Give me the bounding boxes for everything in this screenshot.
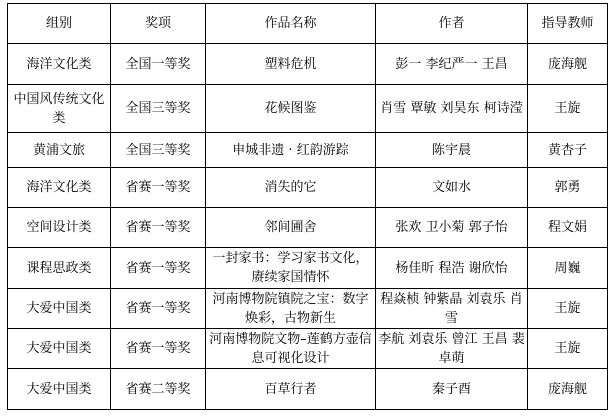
cell-group: 大爱中国类: [8, 369, 111, 410]
cell-group: 中国风传统文化类: [8, 85, 111, 133]
cell-award: 省赛一等奖: [111, 289, 206, 329]
cell-award: 省赛二等奖: [111, 369, 206, 410]
header-authors: 作者: [376, 4, 528, 44]
cell-award: 全国三等奖: [111, 133, 206, 168]
table-row: 空间设计类 省赛一等奖 邻间圃舍 张欢 卫小菊 郭子怡 程文娟: [8, 208, 608, 248]
header-work-name: 作品名称: [206, 4, 376, 44]
cell-advisor: 黄杏子: [528, 133, 608, 168]
cell-group: 海洋文化类: [8, 168, 111, 208]
table-row: 课程思政类 省赛一等奖 一封家书：学习家书文化，赓续家国情怀 杨佳昕 程浩 谢欣…: [8, 248, 608, 289]
cell-advisor: 王旋: [528, 329, 608, 369]
awards-table-container: 组别 奖项 作品名称 作者 指导教师 海洋文化类 全国一等奖 塑料危机 彭一 李…: [7, 3, 608, 410]
cell-work: 一封家书：学习家书文化，赓续家国情怀: [206, 248, 376, 289]
header-advisor: 指导教师: [528, 4, 608, 44]
cell-authors: 文如水: [376, 168, 528, 208]
cell-work: 花候图鉴: [206, 85, 376, 133]
cell-work: 塑料危机: [206, 44, 376, 85]
cell-award: 省赛一等奖: [111, 208, 206, 248]
cell-award: 省赛一等奖: [111, 248, 206, 289]
cell-award: 省赛一等奖: [111, 329, 206, 369]
cell-group: 黄浦文旅: [8, 133, 111, 168]
cell-work: 申城非遗 · 红韵游踪: [206, 133, 376, 168]
cell-advisor: 周巍: [528, 248, 608, 289]
table-row: 中国风传统文化类 全国三等奖 花候图鉴 肖雪 覃敏 刘昊东 柯诗滢 王旋: [8, 85, 608, 133]
cell-advisor: 王旋: [528, 289, 608, 329]
cell-award: 全国一等奖: [111, 44, 206, 85]
cell-work: 邻间圃舍: [206, 208, 376, 248]
table-row: 大爱中国类 省赛一等奖 河南博物院镇院之宝：数字焕彩，古物新生 程焱桢 钟紫晶 …: [8, 289, 608, 329]
cell-advisor: 程文娟: [528, 208, 608, 248]
cell-authors: 程焱桢 钟紫晶 刘袁乐 肖雪: [376, 289, 528, 329]
cell-authors: 杨佳昕 程浩 谢欣怡: [376, 248, 528, 289]
table-row: 海洋文化类 省赛一等奖 消失的它 文如水 郭勇: [8, 168, 608, 208]
header-group: 组别: [8, 4, 111, 44]
cell-group: 大爱中国类: [8, 289, 111, 329]
cell-award: 省赛一等奖: [111, 168, 206, 208]
cell-advisor: 庞海舰: [528, 369, 608, 410]
cell-authors: 陈宇晨: [376, 133, 528, 168]
cell-authors: 肖雪 覃敏 刘昊东 柯诗滢: [376, 85, 528, 133]
table-row: 海洋文化类 全国一等奖 塑料危机 彭一 李纪严一 王昌 庞海舰: [8, 44, 608, 85]
table-row: 黄浦文旅 全国三等奖 申城非遗 · 红韵游踪 陈宇晨 黄杏子: [8, 133, 608, 168]
table-row: 大爱中国类 省赛二等奖 百草行者 秦子酉 庞海舰: [8, 369, 608, 410]
cell-advisor: 庞海舰: [528, 44, 608, 85]
cell-work: 河南博物院文物–莲鹤方壶信息可视化设计: [206, 329, 376, 369]
table-header-row: 组别 奖项 作品名称 作者 指导教师: [8, 4, 608, 44]
awards-table: 组别 奖项 作品名称 作者 指导教师 海洋文化类 全国一等奖 塑料危机 彭一 李…: [7, 3, 608, 410]
cell-work: 消失的它: [206, 168, 376, 208]
cell-group: 大爱中国类: [8, 329, 111, 369]
cell-group: 海洋文化类: [8, 44, 111, 85]
cell-group: 空间设计类: [8, 208, 111, 248]
cell-advisor: 郭勇: [528, 168, 608, 208]
cell-authors: 彭一 李纪严一 王昌: [376, 44, 528, 85]
cell-authors: 秦子酉: [376, 369, 528, 410]
cell-authors: 李航 刘袁乐 曾江 王昌 裴卓萌: [376, 329, 528, 369]
cell-authors: 张欢 卫小菊 郭子怡: [376, 208, 528, 248]
cell-advisor: 王旋: [528, 85, 608, 133]
cell-award: 全国三等奖: [111, 85, 206, 133]
cell-group: 课程思政类: [8, 248, 111, 289]
cell-work: 百草行者: [206, 369, 376, 410]
header-award: 奖项: [111, 4, 206, 44]
cell-work: 河南博物院镇院之宝：数字焕彩，古物新生: [206, 289, 376, 329]
table-row: 大爱中国类 省赛一等奖 河南博物院文物–莲鹤方壶信息可视化设计 李航 刘袁乐 曾…: [8, 329, 608, 369]
